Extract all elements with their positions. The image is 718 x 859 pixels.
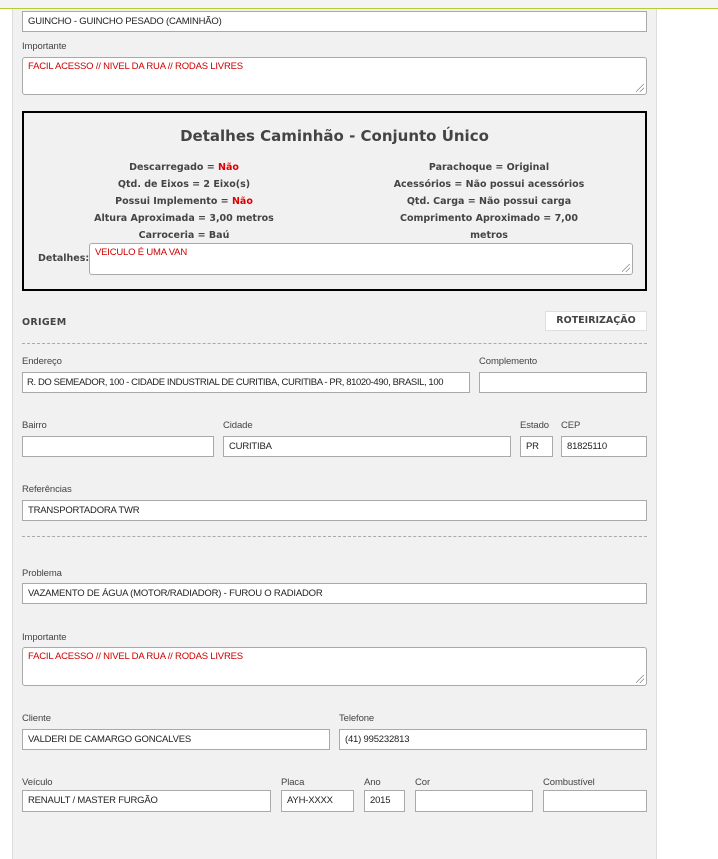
- truck-detail-value: Não possui carga: [479, 196, 571, 207]
- truck-detail-key: Parachoque =: [429, 162, 507, 173]
- estado-label: Estado: [520, 420, 549, 431]
- cep-label: CEP: [561, 420, 580, 431]
- truck-detail-value: Original: [507, 162, 550, 173]
- truck-detail-row: Possui Implemento = Não: [94, 193, 274, 210]
- importante-bottom-text: FACIL ACESSO // NIVEL DA RUA // RODAS LI…: [28, 651, 243, 662]
- combustivel-field[interactable]: [543, 790, 647, 812]
- problema-label: Problema: [22, 568, 62, 579]
- truck-details-right-column: Parachoque = OriginalAcessórios = Não po…: [384, 159, 594, 244]
- resize-grip-icon[interactable]: [636, 84, 644, 92]
- truck-detail-key: Altura Aproximada =: [94, 213, 209, 224]
- telefone-label: Telefone: [339, 713, 374, 724]
- combustivel-label: Combustível: [543, 777, 595, 788]
- roteirizacao-button[interactable]: ROTEIRIZAÇÃO: [545, 311, 647, 331]
- cor-label: Cor: [415, 777, 430, 788]
- truck-detail-key: Qtd. de Eixos =: [118, 179, 204, 190]
- truck-detail-row: Qtd. de Eixos = 2 Eixo(s): [94, 176, 274, 193]
- truck-detail-key: Possui Implemento =: [115, 196, 232, 207]
- truck-detail-row: Acessórios = Não possui acessórios: [384, 176, 594, 193]
- truck-detail-row: Parachoque = Original: [384, 159, 594, 176]
- complemento-field[interactable]: [479, 372, 647, 393]
- detalhes-text: VEICULO É UMA VAN: [95, 247, 187, 258]
- truck-detail-value: Não possui acessórios: [466, 179, 585, 190]
- top-bar: [0, 0, 718, 9]
- truck-detail-value: 3,00 metros: [209, 213, 274, 224]
- truck-detail-key: Qtd. Carga =: [407, 196, 479, 207]
- bairro-label: Bairro: [22, 420, 47, 431]
- telefone-field[interactable]: (41) 995232813: [339, 729, 647, 750]
- cliente-label: Cliente: [22, 713, 51, 724]
- endereco-field[interactable]: R. DO SEMEADOR, 100 - CIDADE INDUSTRIAL …: [22, 372, 470, 393]
- cidade-label: Cidade: [223, 420, 253, 431]
- truck-detail-key: Carroceria =: [139, 230, 209, 241]
- veiculo-field[interactable]: RENAULT / MASTER FURGÃO: [22, 790, 271, 812]
- placa-field[interactable]: AYH-XXXX: [281, 790, 354, 812]
- detalhes-label: Detalhes:: [38, 253, 89, 264]
- ano-field[interactable]: 2015: [364, 790, 405, 812]
- importante-top-textarea[interactable]: FACIL ACESSO // NIVEL DA RUA // RODAS LI…: [22, 57, 647, 95]
- truck-details-left-column: Descarregado = NãoQtd. de Eixos = 2 Eixo…: [94, 159, 274, 244]
- truck-detail-value: Não: [232, 196, 253, 207]
- divider: [22, 536, 647, 537]
- truck-detail-row: Altura Aproximada = 3,00 metros: [94, 210, 274, 227]
- ano-label: Ano: [364, 777, 381, 788]
- bairro-field[interactable]: [22, 436, 214, 457]
- service-field[interactable]: GUINCHO - GUINCHO PESADO (CAMINHÃO): [22, 11, 647, 32]
- referencias-label: Referências: [22, 484, 72, 495]
- referencias-field[interactable]: TRANSPORTADORA TWR: [22, 500, 647, 521]
- truck-detail-row: Qtd. Carga = Não possui carga: [384, 193, 594, 210]
- origem-section-title: ORIGEM: [22, 317, 66, 328]
- truck-detail-value: Não: [218, 162, 239, 173]
- placa-label: Placa: [281, 777, 304, 788]
- truck-detail-key: Acessórios =: [394, 179, 466, 190]
- truck-detail-value: 2 Eixo(s): [203, 179, 250, 190]
- problema-field[interactable]: VAZAMENTO DE ÁGUA (MOTOR/RADIADOR) - FUR…: [22, 583, 647, 604]
- truck-details-title: Detalhes Caminhão - Conjunto Único: [24, 127, 645, 145]
- truck-detail-row: Carroceria = Baú: [94, 227, 274, 244]
- cor-field[interactable]: [415, 790, 533, 812]
- importante-top-label: Importante: [22, 41, 66, 52]
- cliente-field[interactable]: VALDERI DE CAMARGO GONCALVES: [22, 729, 330, 750]
- complemento-label: Complemento: [479, 356, 537, 367]
- endereco-label: Endereço: [22, 356, 62, 367]
- divider: [22, 343, 647, 344]
- truck-detail-value: Baú: [209, 230, 229, 241]
- truck-detail-row: Comprimento Aproximado = 7,00 metros: [384, 210, 594, 244]
- truck-detail-key: Descarregado =: [129, 162, 218, 173]
- veiculo-label: Veículo: [22, 777, 52, 788]
- importante-bottom-label: Importante: [22, 632, 66, 643]
- cep-field[interactable]: 81825110: [561, 436, 647, 457]
- resize-grip-icon[interactable]: [636, 675, 644, 683]
- importante-bottom-textarea[interactable]: FACIL ACESSO // NIVEL DA RUA // RODAS LI…: [22, 647, 647, 686]
- resize-grip-icon[interactable]: [622, 264, 630, 272]
- detalhes-textarea[interactable]: VEICULO É UMA VAN: [89, 243, 633, 275]
- truck-details-box: Detalhes Caminhão - Conjunto Único Desca…: [22, 111, 647, 291]
- estado-field[interactable]: PR: [520, 436, 553, 457]
- truck-detail-key: Comprimento Aproximado =: [400, 213, 555, 224]
- truck-detail-row: Descarregado = Não: [94, 159, 274, 176]
- importante-top-text: FACIL ACESSO // NIVEL DA RUA // RODAS LI…: [28, 61, 243, 72]
- cidade-field[interactable]: CURITIBA: [223, 436, 511, 457]
